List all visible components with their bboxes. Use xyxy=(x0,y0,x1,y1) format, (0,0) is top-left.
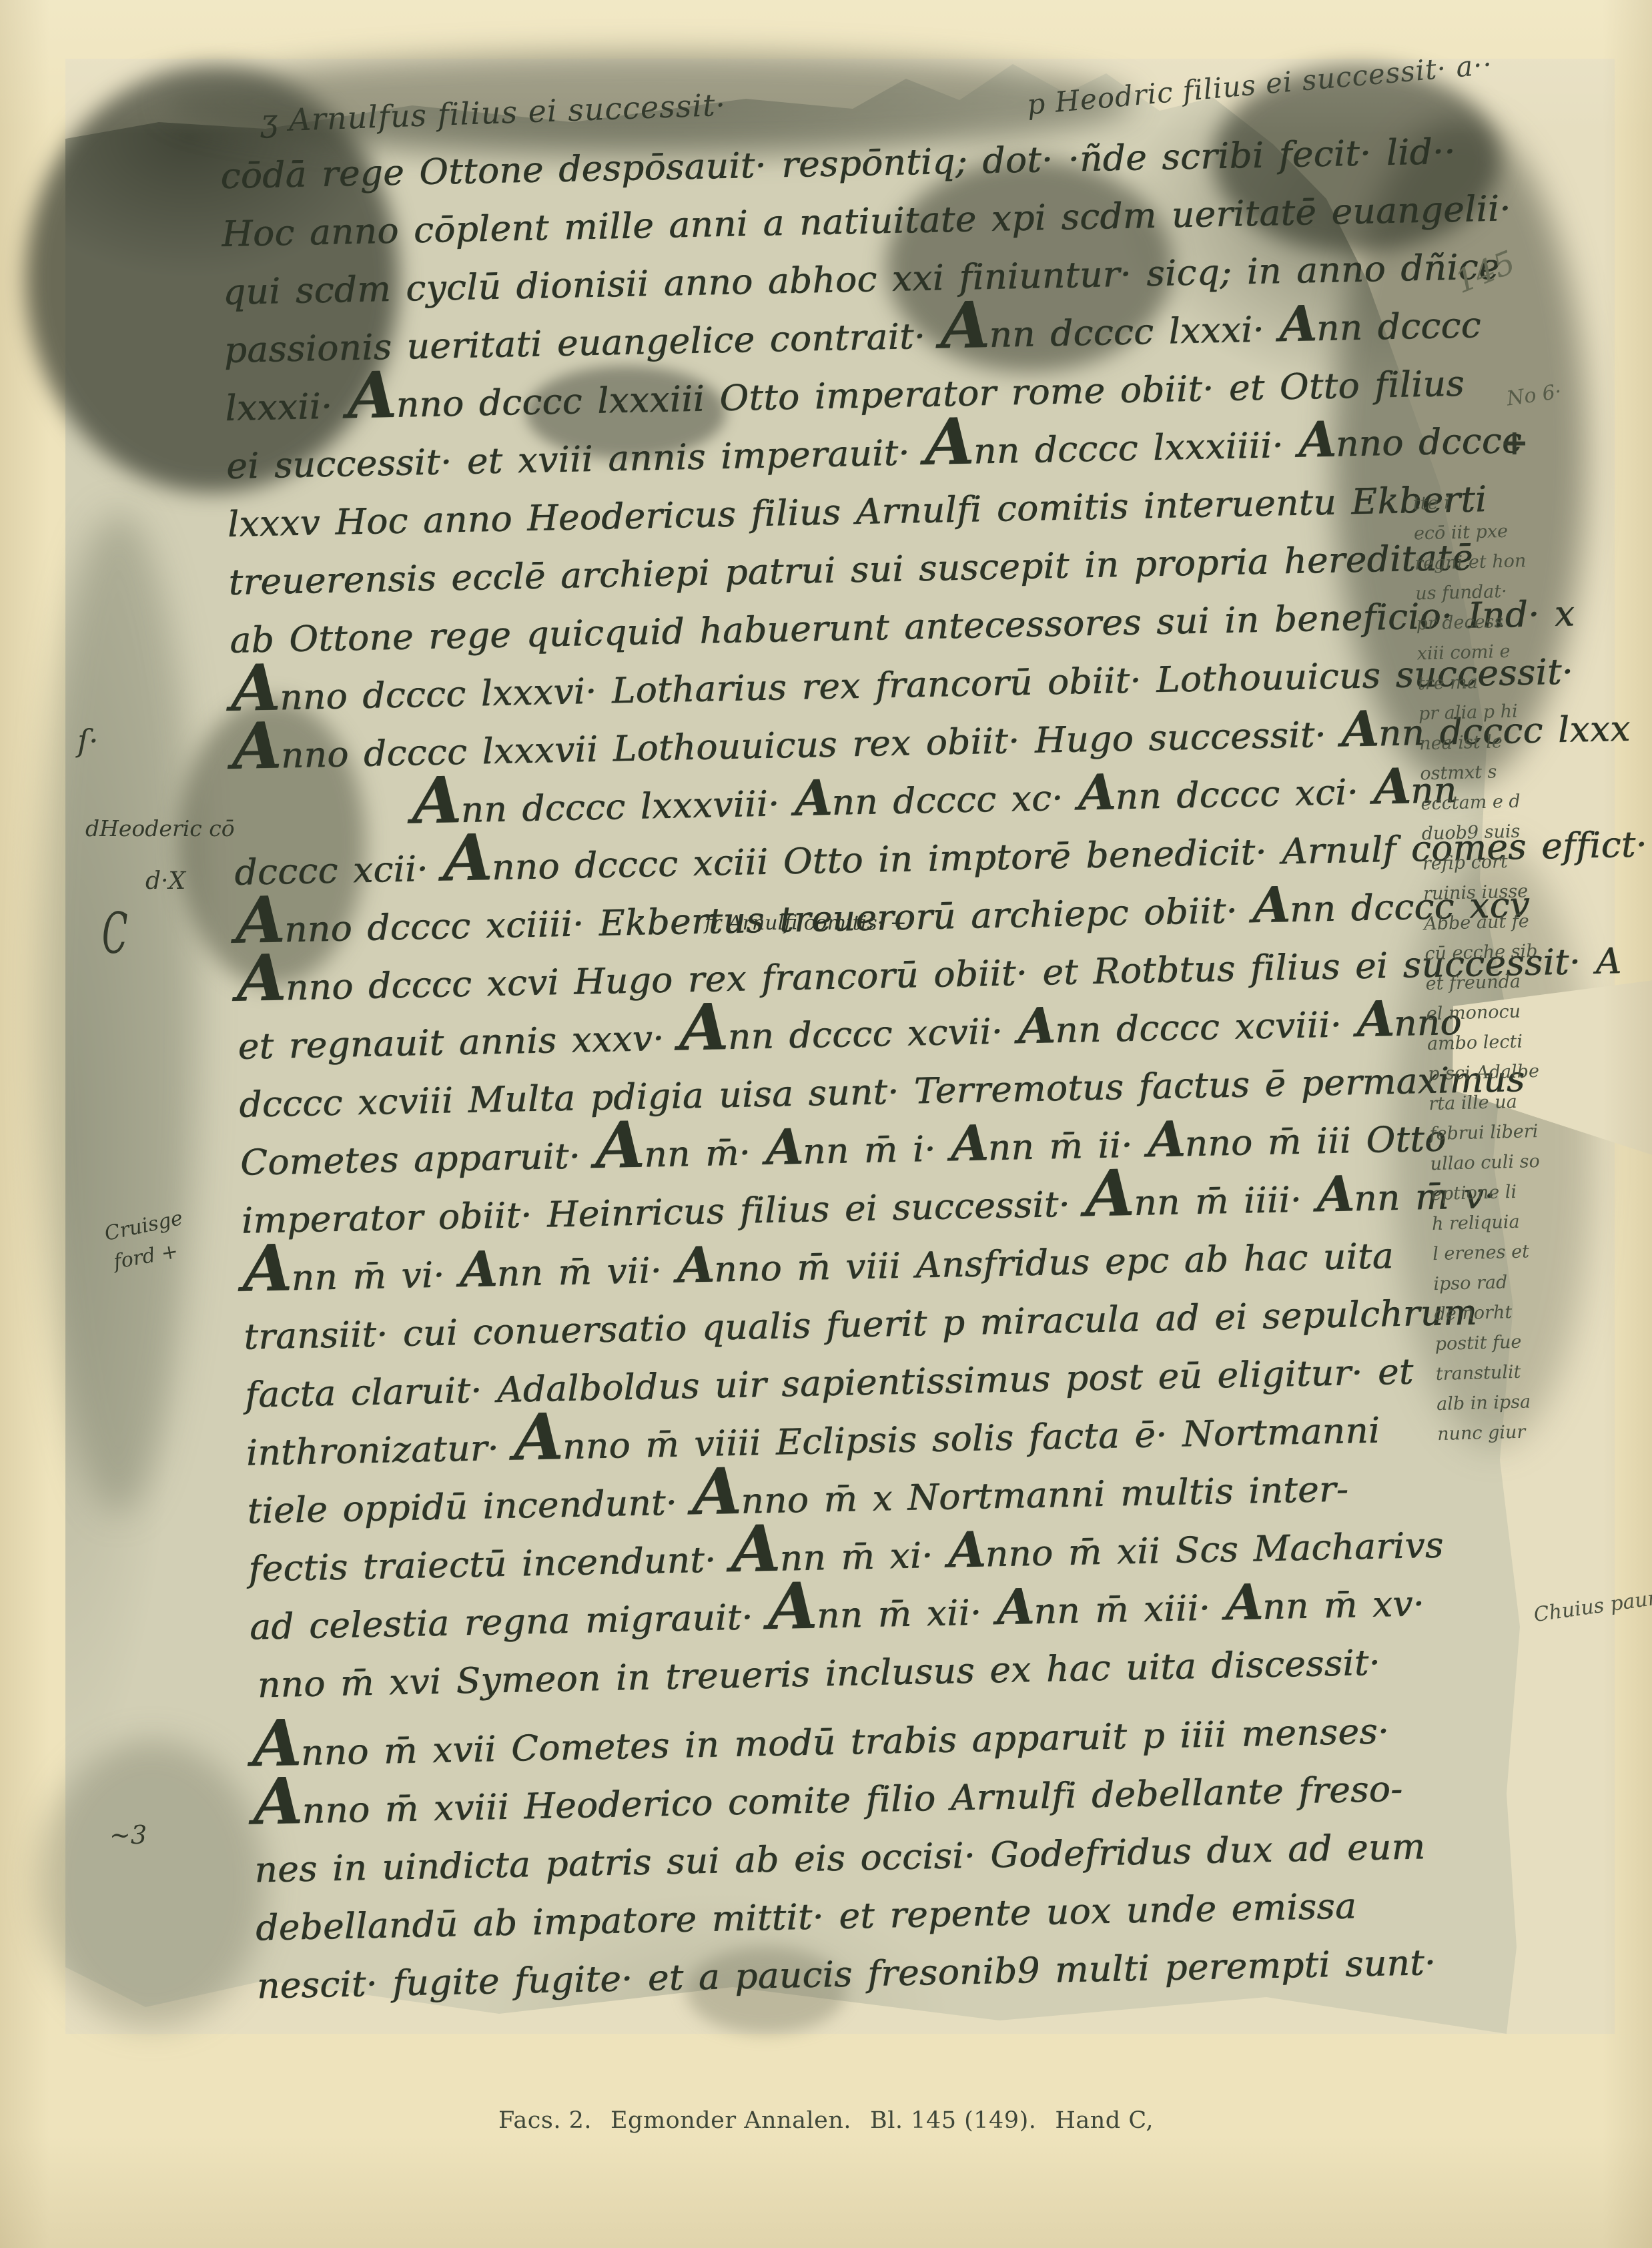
margin-note: dHeoderic cō xyxy=(85,815,235,841)
caption: Facs. 2.Egmonder Annalen.Bl. 145 (149).H… xyxy=(0,2107,1652,2134)
caption-part: Egmonder Annalen. xyxy=(610,2107,851,2134)
margin-note: ~3 xyxy=(109,1820,147,1850)
interlinear-note: fr Arnulfi comitis· + xyxy=(705,911,907,935)
book-page: { "page": { "background_color": "#eee3bc… xyxy=(0,0,1652,2248)
caption-part: Facs. 2. xyxy=(498,2107,592,2134)
margin-note: C xyxy=(102,901,128,966)
margin-gloss: nunc giur xyxy=(1437,1413,1652,1449)
top-fragment-right: p Heodric filius ei successit· a·· xyxy=(1025,48,1494,121)
right-margin-glosses: tte iecō iit pxeregni et honus fundat·pr… xyxy=(1412,483,1652,1449)
margin-note: d·X xyxy=(145,867,185,895)
manuscript-text: ʒ Arnulfus filius ei successit· p Heodri… xyxy=(65,59,1615,2034)
caption-part: Bl. 145 (149). xyxy=(870,2107,1036,2134)
caption-part: Hand C, xyxy=(1055,2107,1154,2134)
margin-note: ſ· xyxy=(77,723,99,759)
top-fragment-left: ʒ Arnulfus filius ei successit· xyxy=(260,87,727,139)
facsimile-photo: ʒ Arnulfus filius ei successit· p Heodri… xyxy=(65,59,1615,2034)
cross-mark: + xyxy=(1500,422,1529,463)
margin-note: ford + xyxy=(112,1240,180,1274)
